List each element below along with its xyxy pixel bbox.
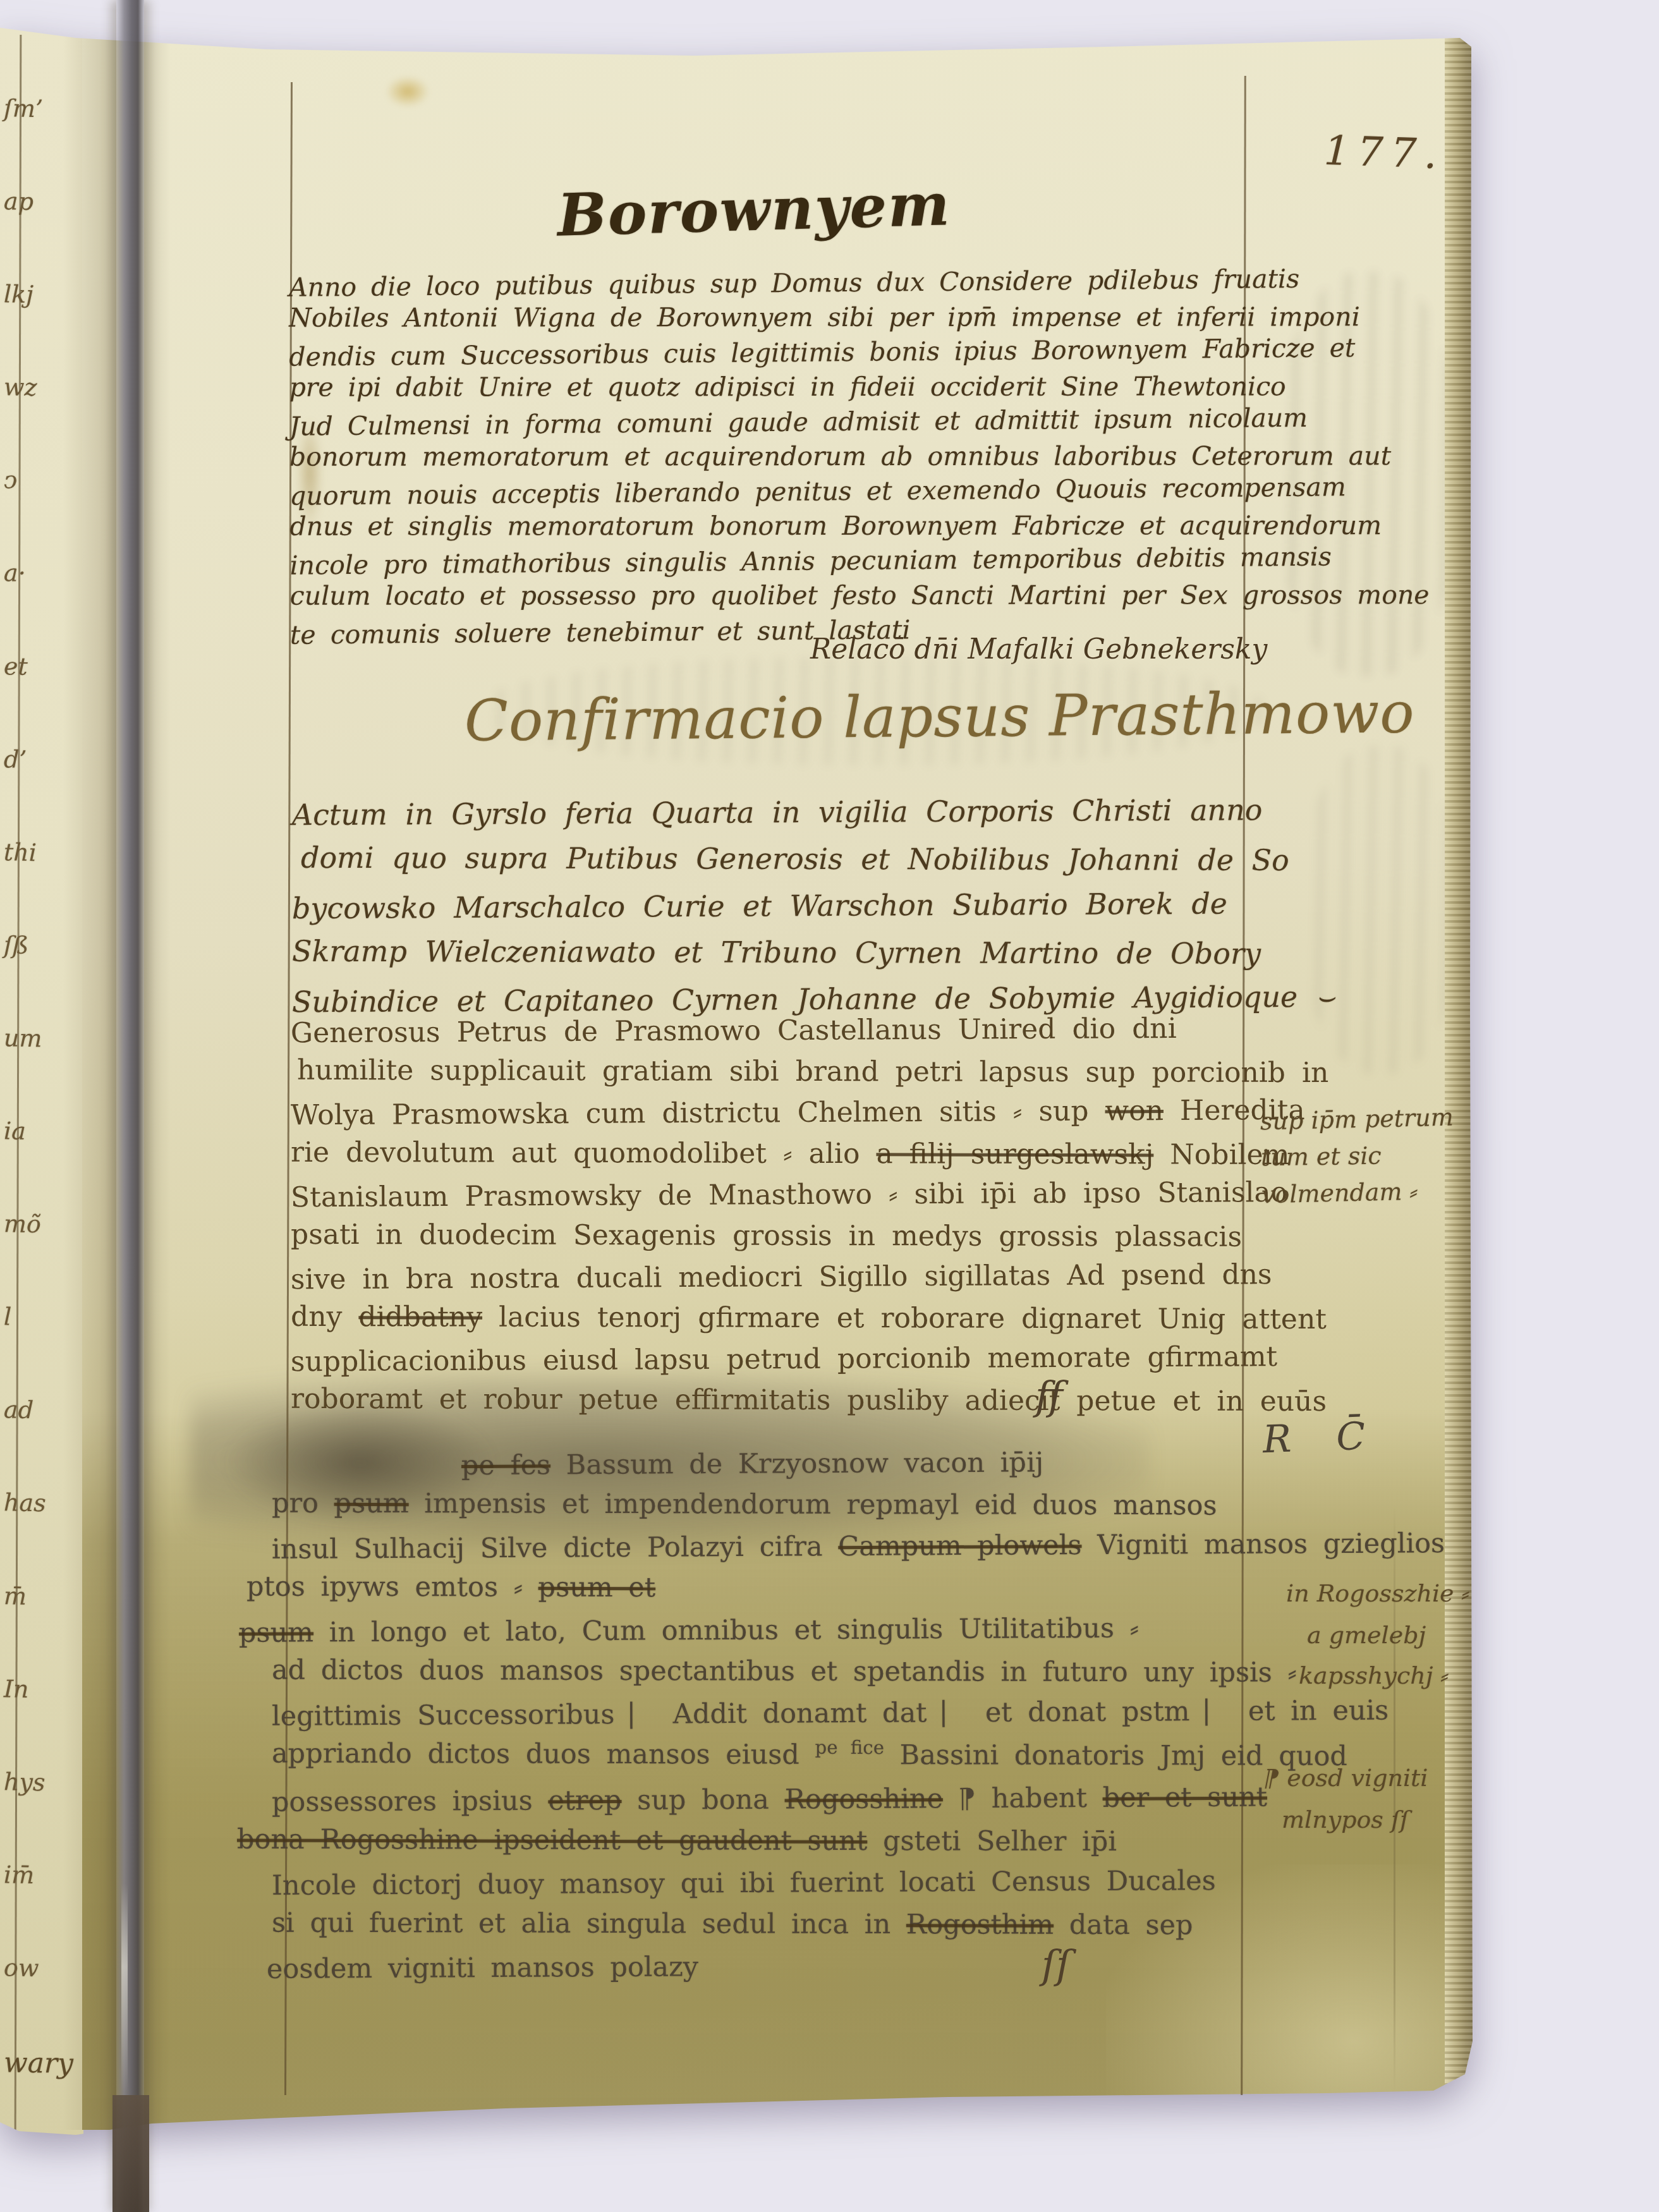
text-fragment: ow (4, 1954, 60, 1983)
parchment-spot (386, 76, 430, 107)
previous-page-text-fragments: ſm’aplkjwzↄa·etd’thiſßumiamõladhasm̄Inhy… (4, 95, 59, 2079)
text-fragment: d’ (4, 745, 60, 774)
manuscript-text-line: Actum in Gyrslo feria Quarta in vigilia … (292, 786, 1335, 839)
folio-number: 177. (1323, 128, 1445, 179)
text-fragment: m̄ (4, 1582, 60, 1611)
manuscript-text-line: pre ipi dabit Unire et quotz adipisci in… (289, 369, 1429, 405)
manuscript-text-line: sup ip̄m petrum (1260, 1099, 1454, 1140)
manuscript-text-line: supplicacionibus eiusd lapsu petrud porc… (291, 1336, 1329, 1383)
text-fragment: In (4, 1675, 60, 1704)
manuscript-text-line: tum et sic (1261, 1136, 1455, 1176)
paragraph-end-mark: ſſ (1042, 1942, 1071, 1988)
text-fragment: ſß (4, 931, 60, 960)
manuscript-text-line: Generosus Petrus de Prasmowo Castellanus… (291, 1007, 1329, 1054)
manuscript-text-line: incole pro timathoribus singulis Annis p… (289, 538, 1429, 583)
text-fragment: ↄ (4, 466, 60, 495)
manuscript-text-line: Incole dictorj duoy mansoy qui ibi fueri… (272, 1859, 1445, 1907)
manuscript-text-line: ptos ipyws emtos ⸗ psum et (246, 1566, 1445, 1611)
margin-note-mlnypos: mlnypos ſſ (1282, 1801, 1409, 1838)
rod-highlight (121, 1883, 128, 2092)
manuscript-text-line: Nobiles Antonii Wigna de Borownyem sibi … (289, 300, 1428, 336)
manuscript-text-line: sive in bra nostra ducali mediocri Sigil… (291, 1254, 1329, 1301)
text-fragment: et (4, 652, 60, 681)
manuscript-scan: ſm’aplkjwzↄa·etd’thiſßumiamõladhasm̄Inhy… (0, 0, 1659, 2212)
text-fragment: thi (4, 838, 60, 867)
manuscript-text-line: si qui fuerint et alia singula sedul inc… (272, 1902, 1445, 1947)
manuscript-text-line: dny didbatny lacius tenorj gfirmare et r… (291, 1296, 1329, 1340)
text-fragment: ſm’ (4, 94, 60, 123)
manuscript-text-line: bonorum memoratorum et acquirendorum ab … (289, 439, 1429, 475)
text-fragment: hys (4, 1768, 60, 1797)
manuscript-text-line: pro psum impensis et impendendorum repma… (272, 1483, 1445, 1528)
manuscript-text-line: rie devolutum aut quomodolibet ⸗ alio a … (291, 1132, 1329, 1176)
manuscript-text-line: Jud Culmensi in forma comuni gaude admis… (289, 399, 1429, 444)
manuscript-text-line: Stanislaum Prasmowsky de Mnasthowo ⸗ sib… (291, 1172, 1329, 1218)
text-fragment: um (4, 1024, 60, 1053)
text-fragment: ad (4, 1396, 60, 1425)
margin-note-kapsshychj: kapsshychj ⸗ (1299, 1657, 1449, 1694)
manuscript-text-line: pe fes Bassum de Krzyosnow vacon ip̄ij (461, 1440, 1445, 1486)
manuscript-text-line: quorum nouis acceptis liberando penitus … (289, 469, 1429, 514)
paragraph-borownyem: Anno die loco putibus quibus sup Domus d… (289, 264, 1430, 650)
text-fragment: ia (4, 1117, 60, 1146)
manuscript-text-line: ad dictos duos mansos spectantibus et sp… (272, 1650, 1445, 1694)
manuscript-text-line: insul Sulhacij Silve dicte Polazyi cifra… (272, 1522, 1445, 1571)
text-fragment: wary (4, 2046, 60, 2080)
text-fragment: l (4, 1303, 60, 1332)
text-fragment: a· (4, 559, 60, 588)
manuscript-text-line: culum locato et possesso pro quolibet fe… (290, 578, 1430, 614)
manuscript-text-line: psati in duodecim Sexagenis grossis in m… (291, 1214, 1329, 1258)
margin-note-gmelebj: a gmelebj (1307, 1617, 1426, 1653)
margin-note-right: sup ip̄m petrumtum et sicvolmendam ⸗ (1260, 1099, 1455, 1212)
manuscript-text-line: psum in longo et lato, Cum omnibus et si… (239, 1606, 1445, 1654)
margin-note-eosd-vigniti: ⁋ eosd vigniti (1264, 1759, 1428, 1796)
text-fragment: lkj (4, 280, 60, 309)
manuscript-text-line: bycowsko Marschalco Curie et Warschon Su… (292, 880, 1335, 932)
text-fragment: wz (4, 374, 60, 403)
manuscript-text-line: bona Rogosshine ipseident et gaudent sun… (237, 1818, 1445, 1863)
text-fragment: has (4, 1489, 60, 1518)
relation-signature-line: Relacō dn̄i Mafalki Gebnekersky (810, 633, 1267, 665)
manuscript-text-line: eosdem vigniti mansos polazy (267, 1942, 1445, 1990)
paragraph-bassum: pe fes Bassum de Krzyosnow vacon ip̄ijpr… (272, 1442, 1445, 1987)
margin-note-rogosszhie: in Rogosszhie ⸗ (1286, 1575, 1469, 1612)
manuscript-text-line: dnus et singlis memoratorum bonorum Boro… (289, 508, 1429, 544)
text-fragment: ap (4, 187, 60, 216)
manuscript-text-line: domi quo supra Putibus Generosis et Nobi… (301, 834, 1335, 884)
entry-heading-confirmacio: Confirmacio lapsus Prasthmowo (465, 679, 1415, 754)
manuscript-text-line: Wolya Prasmowska cum districtu Chelmen s… (291, 1090, 1329, 1136)
paragraph-generosus: Generosus Petrus de Prasmowo Castellanus… (291, 1010, 1328, 1421)
manuscript-text-line: volmendam ⸗ (1261, 1172, 1455, 1213)
entry-heading-borownyem: Borownyem (557, 170, 952, 249)
manuscript-text-line: dendis cum Successoribus cuis legittimis… (289, 330, 1428, 375)
manuscript-text-line: Skramp Wielczeniawato et Tribuno Cyrnen … (292, 928, 1335, 977)
text-fragment: mõ (4, 1210, 60, 1239)
manuscript-text-line: legittimis Successoribus ⎸ Addit donamt … (272, 1689, 1445, 1737)
text-fragment: im̄ (4, 1861, 60, 1890)
paragraph-actum: Actum in Gyrslo feria Quarta in vigilia … (292, 789, 1335, 1023)
manuscript-text-line: roboramt et robur petue effirmitatis pus… (291, 1378, 1329, 1422)
manuscript-text-line: Anno die loco putibus quibus sup Domus d… (289, 260, 1428, 305)
manuscript-text-line: humilite supplicauit gratiam sibi brand … (297, 1050, 1329, 1093)
page-edge-leaves (1445, 25, 1473, 2130)
rod-bottom-segment (112, 2095, 149, 2212)
book-weight-rod (116, 0, 144, 2212)
paragraph-end-mark: ff (1035, 1373, 1063, 1419)
